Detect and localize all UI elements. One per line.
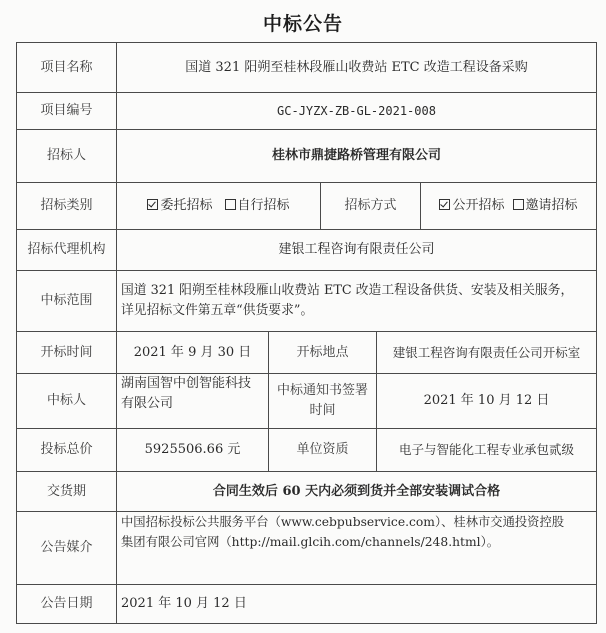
scope-value: 国道 321 阳朔至桂林段雁山收费站 ETC 改造工程设备供货、安装及相关服务，… [117, 271, 596, 331]
winner-label: 中标人 [17, 374, 116, 428]
option-label: 自行招标 [238, 198, 290, 213]
scope-line-2: 详见招标文件第五章“供货要求”。 [121, 301, 313, 321]
scope-label: 中标范围 [17, 271, 116, 331]
project-name-value: 国道 321 阳朔至桂林段雁山收费站 ETC 改造工程设备采购 [117, 43, 596, 92]
media-label: 公告媒介 [17, 512, 116, 584]
bid-price-value: 5925506.66 元 [117, 429, 268, 471]
tenderer-label: 招标人 [17, 130, 116, 182]
agency-label: 招标代理机构 [17, 230, 116, 270]
option-open[interactable]: 公开招标 [439, 196, 504, 216]
tender-method-options: 公开招标 邀请招标 [421, 183, 596, 229]
option-label: 邀请招标 [526, 198, 578, 213]
opening-place-label: 开标地点 [269, 332, 376, 373]
notice-sign-time-label: 中标通知书签署 时间 [269, 374, 376, 428]
media-line-2: 集团有限公司官网（http://mail.glcih.com/channels/… [121, 532, 499, 552]
option-self[interactable]: 自行招标 [225, 196, 290, 216]
media-line-1: 中国招标投标公共服务平台（www.cebpubservice.com）、桂林市交… [121, 512, 564, 532]
option-label: 公开招标 [452, 198, 504, 213]
winner-value: 湖南国智中创智能科技 有限公司 [117, 374, 268, 428]
bid-price-label: 投标总价 [17, 429, 116, 471]
tender-type-label: 招标类别 [17, 183, 116, 229]
checkbox-empty-icon[interactable] [513, 199, 524, 210]
option-entrusted[interactable]: 委托招标 [147, 196, 212, 216]
announce-date-value: 2021 年 10 月 12 日 [117, 585, 596, 623]
announce-date-label: 公告日期 [17, 585, 116, 623]
page-title: 中标公告 [0, 9, 606, 36]
media-value: 中国招标投标公共服务平台（www.cebpubservice.com）、桂林市交… [117, 512, 596, 584]
table-border [596, 42, 597, 624]
checkbox-empty-icon[interactable] [225, 199, 236, 210]
tender-type-options: 委托招标 自行招标 [117, 183, 320, 229]
agency-value: 建银工程咨询有限责任公司 [117, 230, 596, 270]
checkbox-checked-icon[interactable] [439, 199, 450, 210]
project-number-label: 项目编号 [17, 93, 116, 129]
delivery-label: 交货期 [17, 472, 116, 511]
option-invited[interactable]: 邀请招标 [513, 196, 578, 216]
option-label: 委托招标 [160, 198, 212, 213]
notice-label-line-2: 时间 [309, 401, 335, 421]
winner-line-2: 有限公司 [121, 394, 173, 414]
qualification-label: 单位资质 [269, 429, 376, 471]
table-border [16, 623, 596, 624]
tenderer-value: 桂林市鼎捷路桥管理有限公司 [117, 130, 596, 182]
notice-label-line-1: 中标通知书签署 [277, 381, 368, 401]
opening-place-value: 建银工程咨询有限责任公司开标室 [377, 332, 596, 373]
checkbox-checked-icon[interactable] [147, 199, 158, 210]
tender-method-label: 招标方式 [321, 183, 420, 229]
opening-time-value: 2021 年 9 月 30 日 [117, 332, 268, 373]
winner-line-1: 湖南国智中创智能科技 [121, 374, 251, 394]
notice-sign-time-value: 2021 年 10 月 12 日 [377, 374, 596, 428]
opening-time-label: 开标时间 [17, 332, 116, 373]
scope-line-1: 国道 321 阳朔至桂林段雁山收费站 ETC 改造工程设备供货、安装及相关服务， [121, 281, 573, 301]
delivery-value: 合同生效后 60 天内必须到货并全部安装调试合格 [117, 472, 596, 511]
project-name-label: 项目名称 [17, 43, 116, 92]
project-number-value: GC-JYZX-ZB-GL-2021-008 [117, 93, 596, 129]
qualification-value: 电子与智能化工程专业承包贰级 [377, 429, 596, 471]
